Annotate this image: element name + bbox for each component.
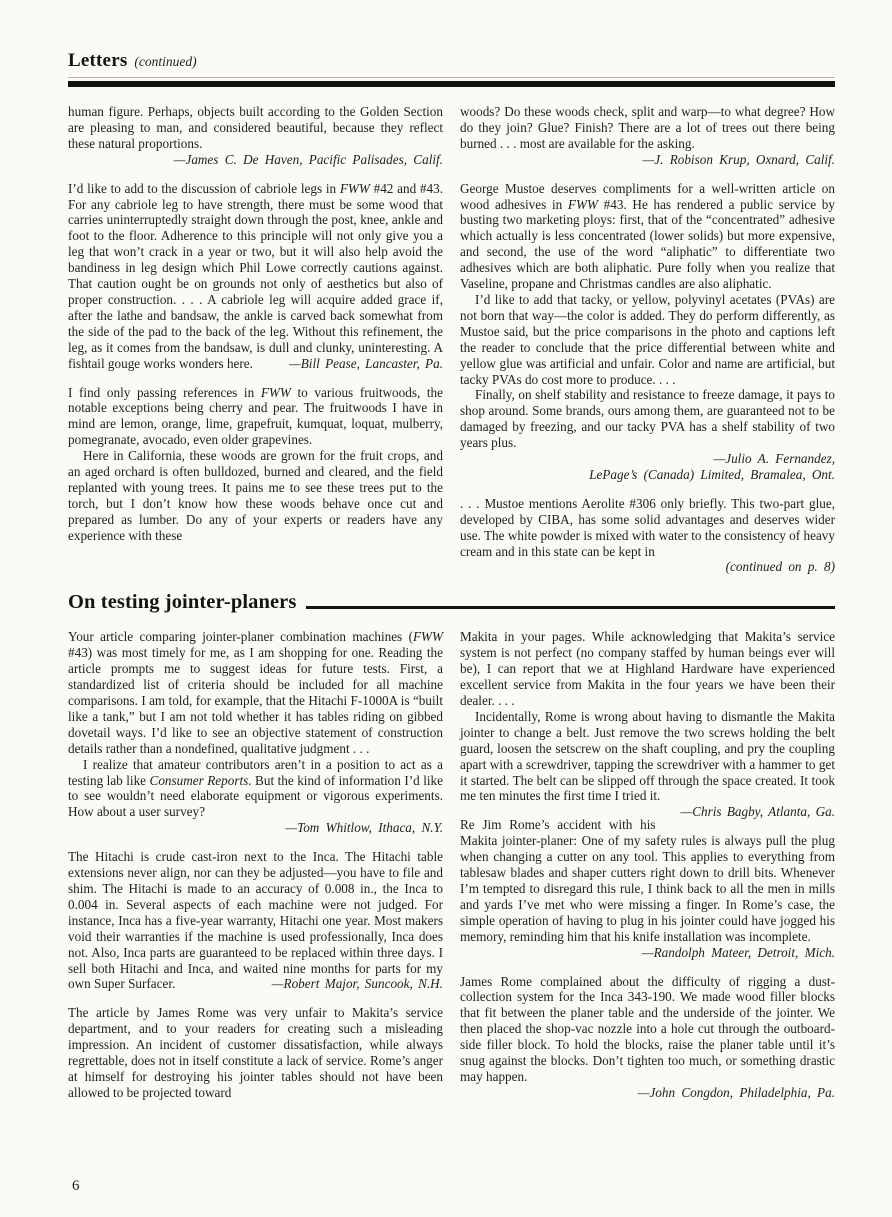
letter-paragraph: Re Jim Rome’s accident with his Makita j… xyxy=(460,817,835,944)
top-letters-section: human figure. Perhaps, objects built acc… xyxy=(68,104,835,575)
signature-line: —Randolph Mateer, Detroit, Mich. xyxy=(460,945,835,961)
bottom-letters-section: Your article comparing jointer-planer co… xyxy=(68,629,835,1100)
page-header: Letters(continued) xyxy=(68,50,835,72)
signature-line: (continued on p. 8) xyxy=(460,559,835,575)
signature-line: —James C. De Haven, Pacific Palisades, C… xyxy=(68,152,443,168)
signature-line: LePage’s (Canada) Limited, Bramalea, Ont… xyxy=(460,467,835,483)
header-rule-thin xyxy=(68,77,835,78)
signature-line: —J. Robison Krup, Oxnard, Calif. xyxy=(460,152,835,168)
letter-paragraph: human figure. Perhaps, objects built acc… xyxy=(68,104,443,152)
letter-paragraph: I’d like to add to the discussion of cab… xyxy=(68,181,443,372)
letter-paragraph: The article by James Rome was very unfai… xyxy=(68,1005,443,1100)
letter-paragraph: George Mustoe deserves compliments for a… xyxy=(460,181,835,292)
bottom-right-column: Makita in your pages. While acknowledgin… xyxy=(460,629,835,1100)
signature-line: —John Congdon, Philadelphia, Pa. xyxy=(460,1085,835,1101)
section-heading: On testing jointer-planers xyxy=(68,591,296,614)
page-title: Letters xyxy=(68,50,127,71)
section-heading-row: On testing jointer-planers xyxy=(68,591,835,614)
letter-paragraph: woods? Do these woods check, split and w… xyxy=(460,104,835,152)
magazine-page: Letters(continued) human figure. Perhaps… xyxy=(0,0,892,1217)
signature-line: —Tom Whitlow, Ithaca, N.Y. xyxy=(68,820,443,836)
letter-paragraph: James Rome complained about the difficul… xyxy=(460,974,835,1085)
signature-inline: —Bill Pease, Lancaster, Pa. xyxy=(279,356,443,372)
section-heading-rule xyxy=(306,606,835,609)
top-left-column: human figure. Perhaps, objects built acc… xyxy=(68,104,443,575)
letter-paragraph: I realize that amateur contributors aren… xyxy=(68,757,443,821)
page-number: 6 xyxy=(72,1178,80,1195)
letter-paragraph: Finally, on shelf stability and resistan… xyxy=(460,387,835,451)
letter-paragraph: The Hitachi is crude cast-iron next to t… xyxy=(68,849,443,992)
letter-paragraph: . . . Mustoe mentions Aerolite #306 only… xyxy=(460,496,835,560)
signature-line: —Julio A. Fernandez, xyxy=(460,451,835,467)
signature-inline: —Chris Bagby, Atlanta, Ga. xyxy=(656,804,836,820)
header-rule-thick xyxy=(68,81,835,87)
letter-paragraph: Your article comparing jointer-planer co… xyxy=(68,629,443,756)
letter-paragraph: I find only passing references in FWW to… xyxy=(68,385,443,449)
letters-content: human figure. Perhaps, objects built acc… xyxy=(68,104,835,1101)
letter-paragraph: I’d like to add that tacky, or yellow, p… xyxy=(460,292,835,387)
letter-paragraph: Here in California, these woods are grow… xyxy=(68,448,443,543)
signature-inline: —Robert Major, Suncook, N.H. xyxy=(262,976,443,992)
letter-paragraph: Incidentally, Rome is wrong about having… xyxy=(460,709,835,804)
top-right-column: woods? Do these woods check, split and w… xyxy=(460,104,835,575)
continued-label: (continued) xyxy=(134,54,196,69)
letter-paragraph: Makita in your pages. While acknowledgin… xyxy=(460,629,835,709)
bottom-left-column: Your article comparing jointer-planer co… xyxy=(68,629,443,1100)
